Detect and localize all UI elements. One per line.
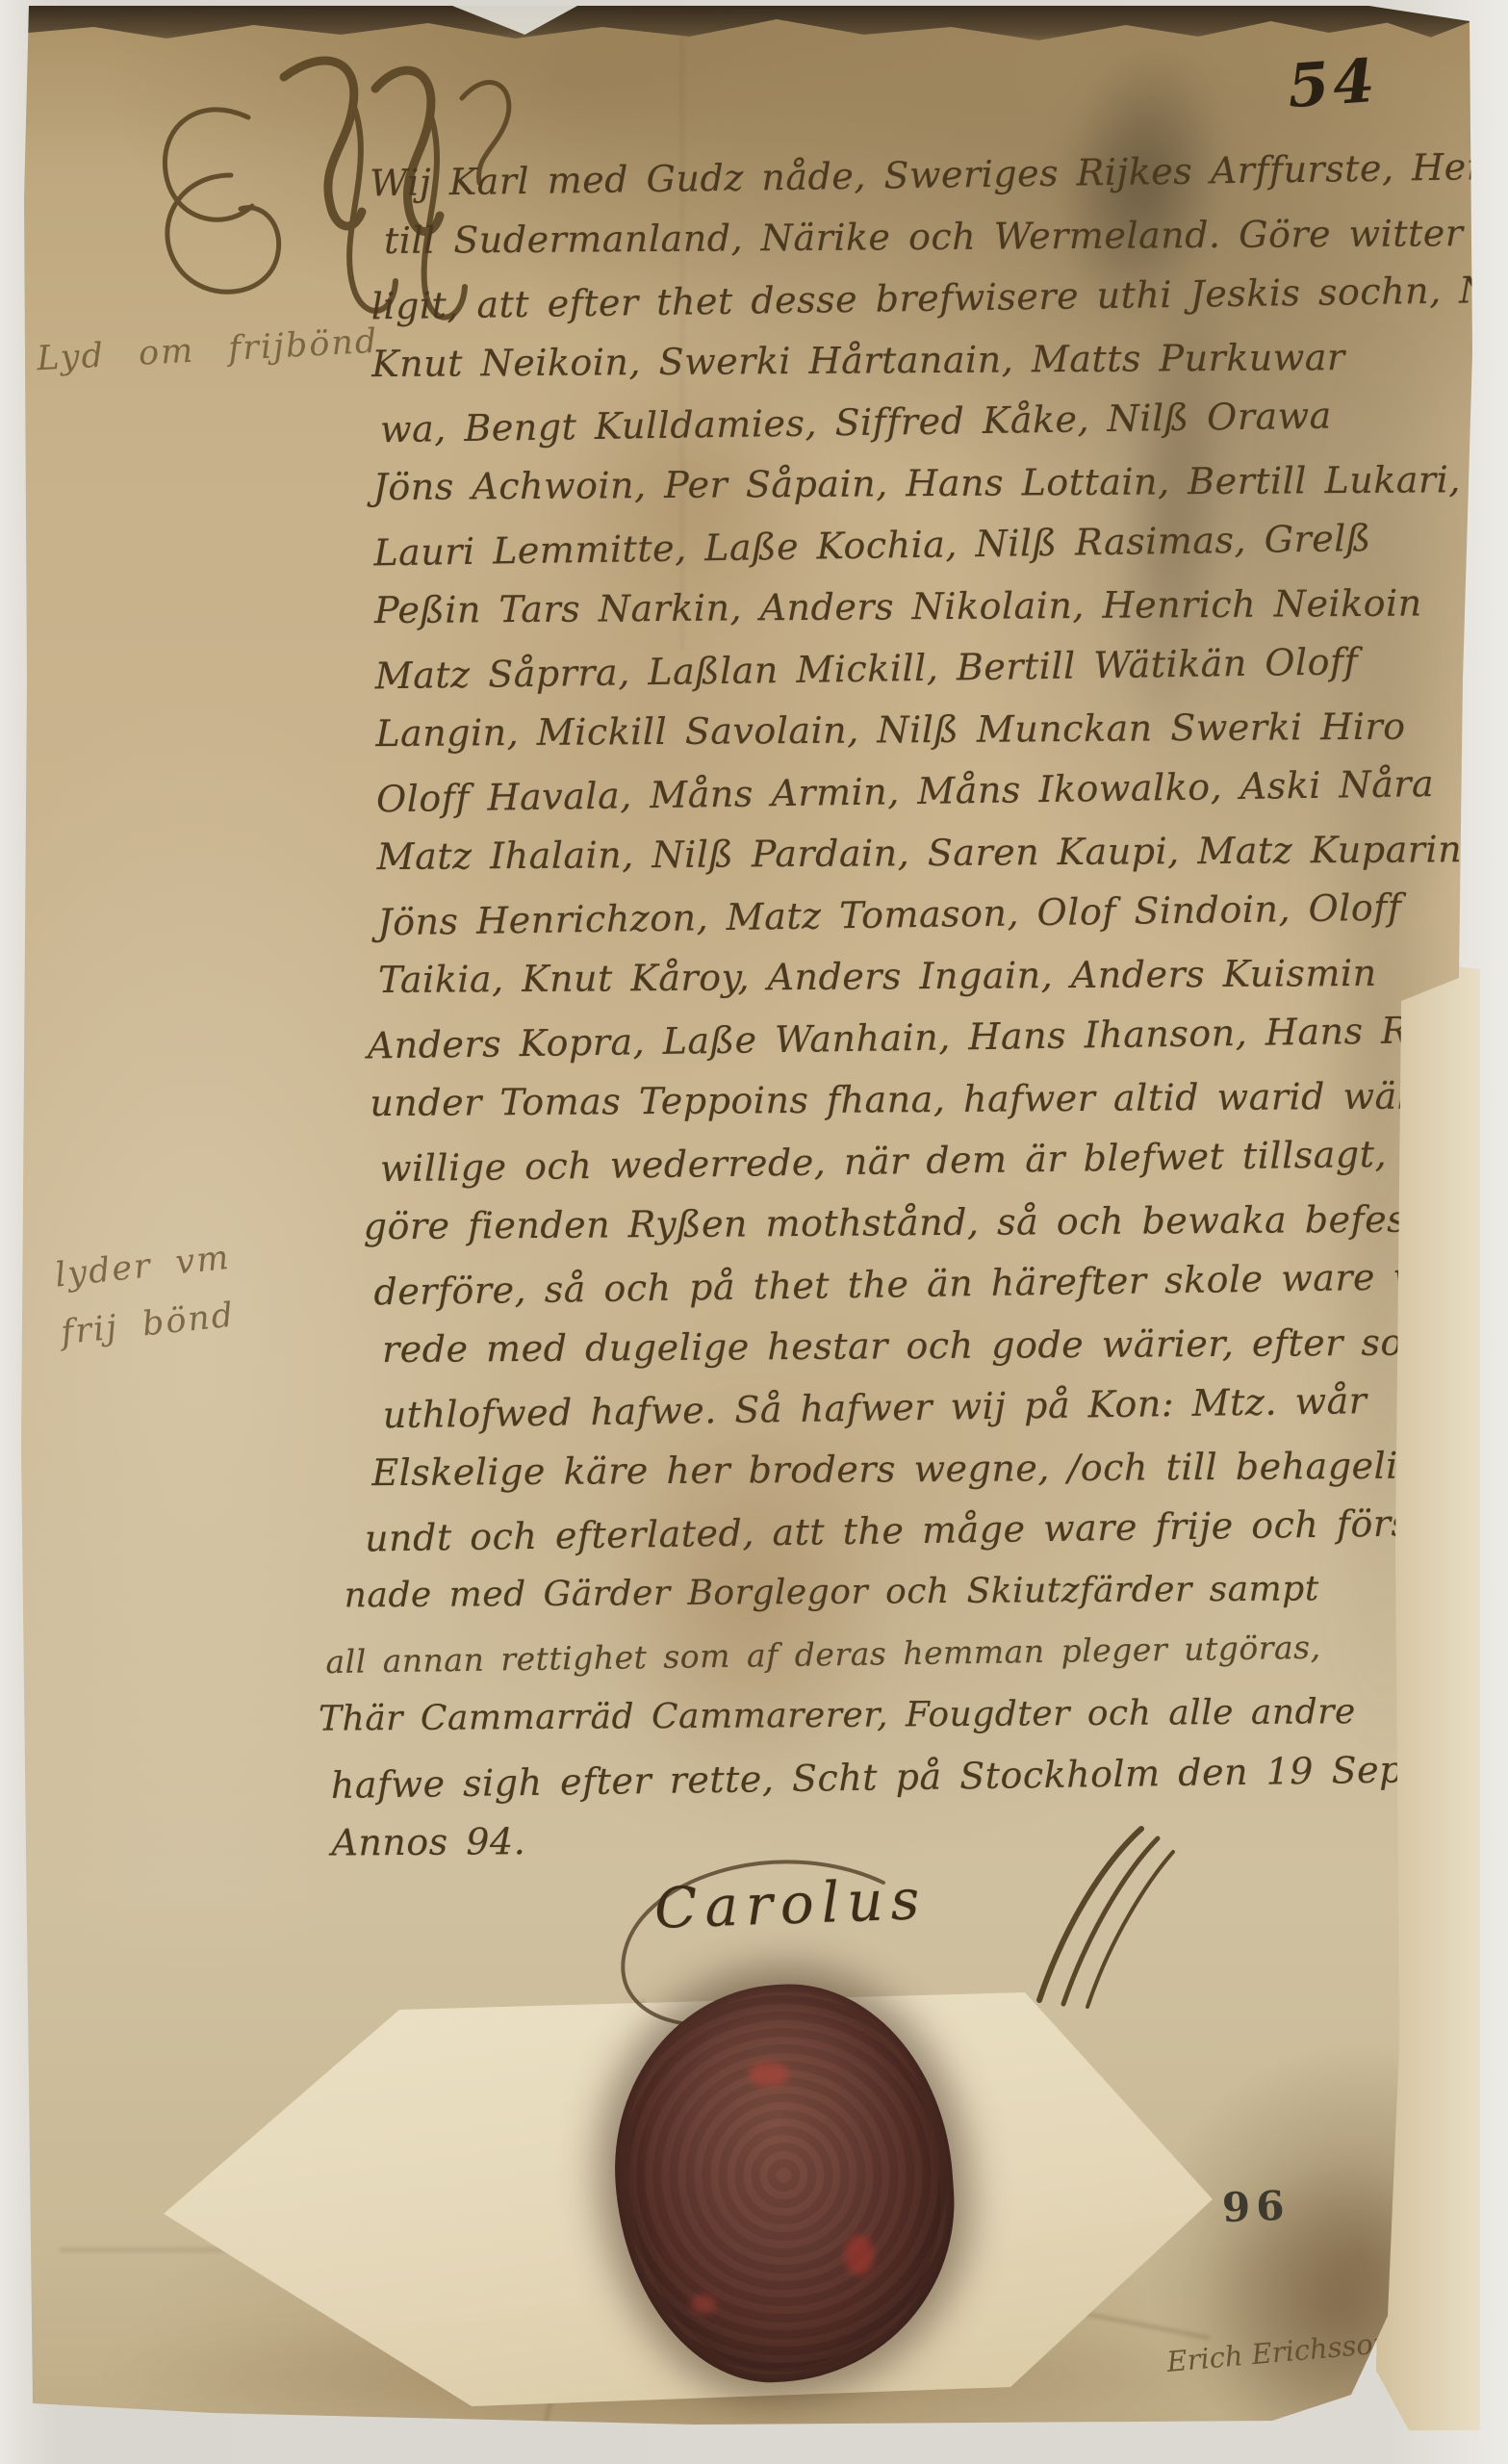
- countersignature: Erich Erichsson .: [1165, 2324, 1410, 2378]
- manuscript-line: göre fienden Ryßen mothstånd, så och bew…: [363, 1189, 1424, 1258]
- manuscript-line: Wij Karl med Gudz nåde, Sweriges Rijkes …: [370, 137, 1415, 214]
- manuscript-body: Wij Karl med Gudz nåde, Sweriges Rijkes …: [370, 140, 1432, 1875]
- margin-note-2: lyder vm frij bönd: [52, 1229, 239, 1362]
- wax-fleck: [749, 2062, 789, 2087]
- manuscript-line: Oloff Havala, Måns Armin, Måns Ikowalko,…: [376, 753, 1421, 830]
- manuscript-scan: 54 Wij Karl med Gudz nåde, Sweriges Rijk…: [0, 0, 1508, 2464]
- manuscript-line: undt och efterlated, att the måge ware f…: [365, 1492, 1429, 1569]
- wax-fleck: [845, 2235, 874, 2275]
- manuscript-line: Annos 94.: [331, 1805, 1431, 1874]
- manuscript-line: Knut Neikoin, Swerki Hårtanain, Matts Pu…: [371, 326, 1416, 396]
- archive-stamp-number: 96: [1221, 2182, 1291, 2231]
- manuscript-line: Matz Ihalain, Nilß Pardain, Saren Kaupi,…: [376, 818, 1420, 887]
- manuscript-line: derföre, så och på thet the än härefter …: [373, 1245, 1426, 1322]
- manuscript-line: rede med dugelige hestar och gode wärier…: [382, 1311, 1426, 1380]
- manuscript-line: wa, Bengt Kulldamies, Siffred Kåke, Nilß…: [380, 383, 1418, 460]
- manuscript-line: ligit, att efter thet desse brefwisere u…: [371, 260, 1416, 337]
- manuscript-line: Peßin Tars Narkin, Anders Nikolain, Henr…: [374, 573, 1419, 642]
- manuscript-line: uthlofwed hafwe. Så hafwer wij på Kon: M…: [382, 1369, 1427, 1446]
- signature-carolus: Carolus: [653, 1866, 928, 1941]
- manuscript-line: till Sudermanland, Närike och Wermeland.…: [384, 203, 1415, 271]
- folio-number: 54: [1286, 45, 1381, 121]
- manuscript-line: Taikia, Knut Kåroy, Anders Ingain, Ander…: [378, 941, 1422, 1011]
- manuscript-line: Anders Kopra, Laße Wanhain, Hans Ihanson…: [367, 999, 1423, 1076]
- manuscript-line: Jöns Achwoin, Per Såpain, Hans Lottain, …: [372, 449, 1417, 519]
- pen-flourish-icon: [1010, 1821, 1184, 2014]
- manuscript-line: willige och wederrede, när dem är blefwe…: [380, 1122, 1425, 1199]
- manuscript-line: Matz Såprra, Laßlan Mickill, Bertill Wät…: [374, 629, 1419, 706]
- manuscript-line: Langin, Mickill Savolain, Nilß Munckan S…: [375, 695, 1419, 764]
- manuscript-line: under Tomas Teppoins fhana, hafwer altid…: [370, 1065, 1423, 1134]
- manuscript-line: Jöns Henrichzon, Matz Tomason, Olof Sind…: [377, 876, 1422, 953]
- wax-fleck: [691, 2295, 716, 2314]
- manuscript-paper: 54 Wij Karl med Gudz nåde, Sweriges Rijk…: [21, 6, 1476, 2427]
- manuscript-line: Lauri Lemmitte, Laße Kochia, Nilß Rasima…: [373, 506, 1419, 583]
- manuscript-line: Elskelige käre her broders wegne, /och t…: [371, 1434, 1427, 1503]
